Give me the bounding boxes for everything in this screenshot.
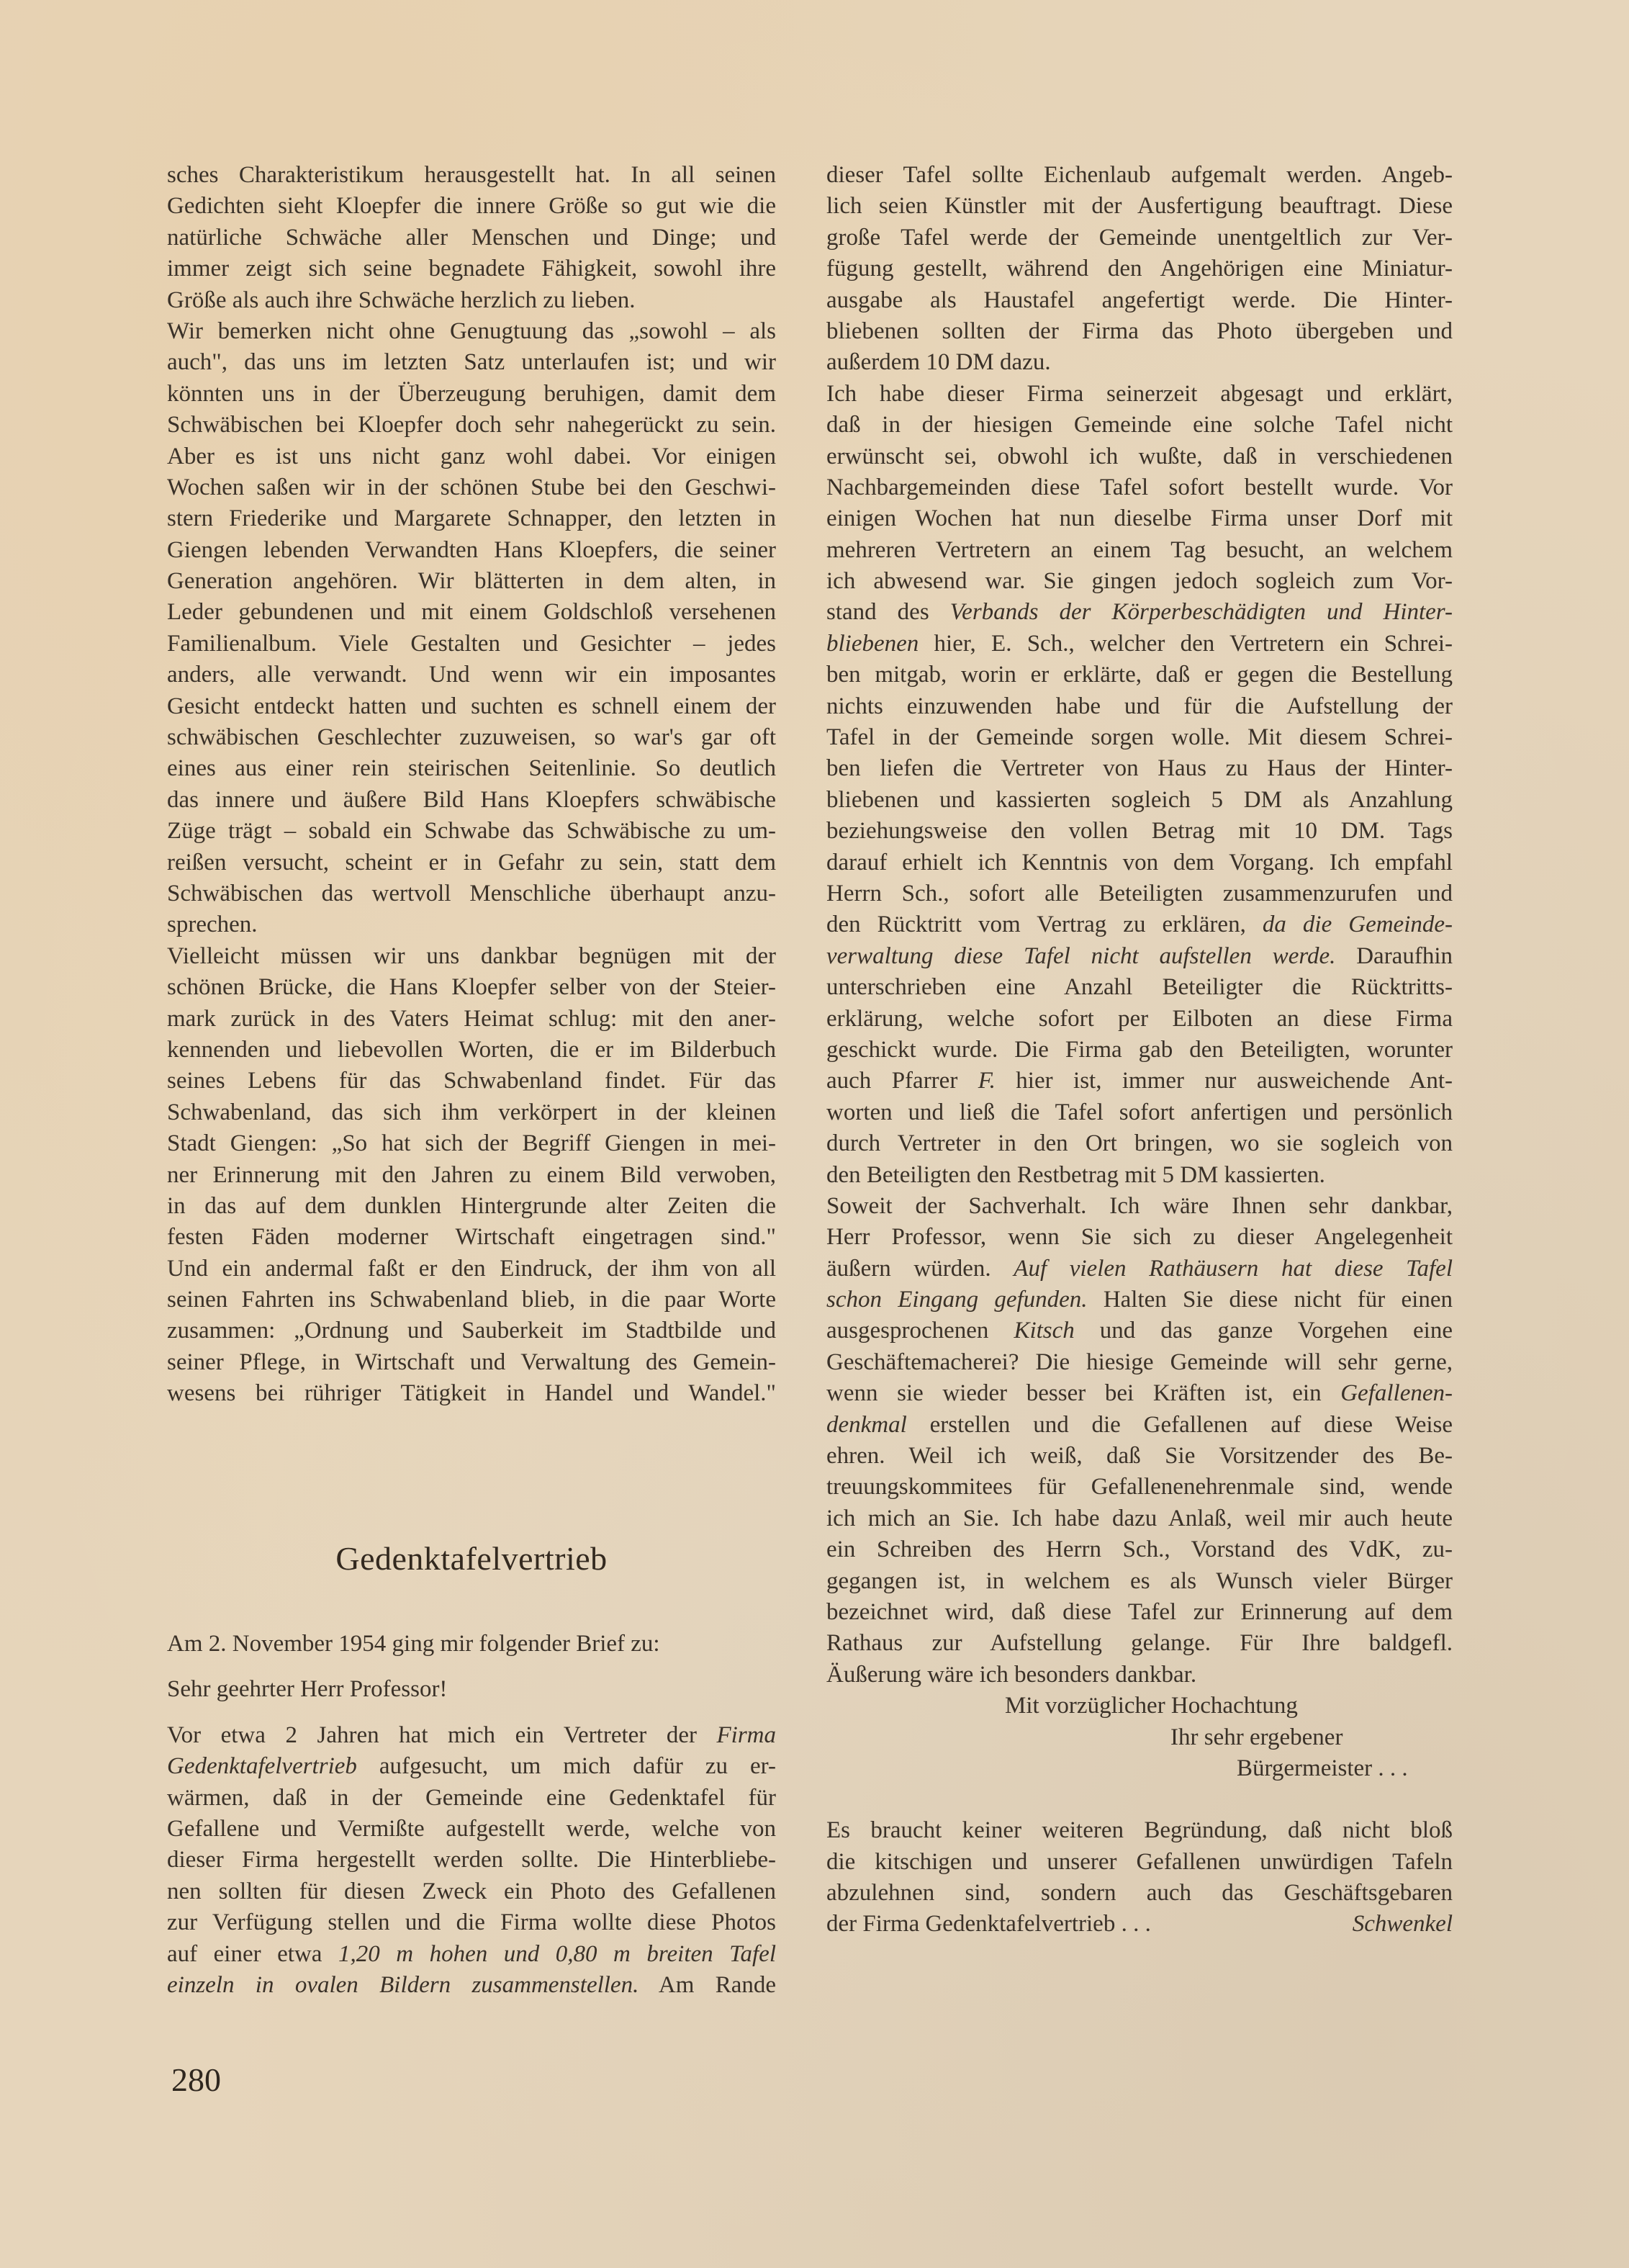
text-segment: hier, E. Sch., welcher den Vertretern ei… xyxy=(919,631,1453,657)
text-line: Wir bemerken nicht ohne Genugtuung das „… xyxy=(167,316,776,347)
italic-segment: Gefallenen- xyxy=(1340,1380,1453,1406)
text-segment: äußern würden. xyxy=(826,1256,1014,1282)
text-line: ausgabe als Haustafel angefertigt werde.… xyxy=(826,285,1453,316)
text-line: Geschäftemacherei? Die hiesige Gemeinde … xyxy=(826,1347,1453,1378)
italic-segment: Kitsch xyxy=(1014,1318,1074,1344)
text-line: Generation angehören. Wir blätterten in … xyxy=(167,566,776,597)
intro-line: Am 2. November 1954 ging mir folgender B… xyxy=(167,1629,776,1660)
text-segment: Daraufhin xyxy=(1335,943,1453,969)
text-line: geschickt wurde. Die Firma gab den Betei… xyxy=(826,1035,1453,1066)
italic-segment: bliebenen xyxy=(826,631,919,657)
text-line: schwäbischen Geschlechter zuzuweisen, so… xyxy=(167,722,776,753)
text-line: natürliche Schwäche aller Menschen und D… xyxy=(167,222,776,253)
text-line: Herrn Sch., sofort alle Beteiligten zusa… xyxy=(826,878,1453,909)
text-line: ner Erinnerung mit den Jahren zu einem B… xyxy=(167,1160,776,1191)
text-line: seines Lebens für das Schwabenland finde… xyxy=(167,1066,776,1097)
text-line: fügung gestellt, während den Angehörigen… xyxy=(826,253,1453,284)
italic-segment: 1,20 m hohen und 0,80 m breiten Tafel xyxy=(338,1941,776,1967)
text-line: auch", das uns im letzten Satz unterlauf… xyxy=(167,347,776,378)
text-line: immer zeigt sich seine begnadete Fähigke… xyxy=(167,253,776,284)
italic-segment: Gedenktafelvertrieb xyxy=(167,1753,357,1779)
letter-block-2: Ich habe dieser Firma seinerzeit abgesag… xyxy=(826,379,1453,1191)
text-line: ein Schreiben des Herrn Sch., Vorstand d… xyxy=(826,1534,1453,1565)
text-line: auch Pfarrer F. hier ist, immer nur ausw… xyxy=(826,1066,1453,1097)
section-heading: Gedenktafelvertrieb xyxy=(167,1537,776,1580)
italic-segment: da die Gemeinde- xyxy=(1263,912,1453,937)
paragraph-kloepfer-2: Wir bemerken nicht ohne Genugtuung das „… xyxy=(167,316,776,941)
text-line: schönen Brücke, die Hans Kloepfer selber… xyxy=(167,972,776,1003)
text-line: zusammen: „Ordnung und Sauberkeit im Sta… xyxy=(167,1315,776,1346)
text-segment: auch Pfarrer xyxy=(826,1068,978,1094)
text-segment: erstellen und die Gefallenen auf diese W… xyxy=(907,1412,1453,1438)
text-line: darauf erhielt ich Kenntnis von dem Vorg… xyxy=(826,847,1453,878)
text-line: erklärung, welche sofort per Eilboten an… xyxy=(826,1004,1453,1035)
text-line: kennenden und liebevollen Worten, die er… xyxy=(167,1035,776,1066)
italic-segment: Firma xyxy=(717,1722,777,1748)
text-line: Gedichten sieht Kloepfer die innere Größ… xyxy=(167,191,776,222)
text-line: der Firma Gedenktafelvertrieb . . . Schw… xyxy=(826,1909,1453,1940)
text-line: seiner Pflege, in Wirtschaft und Verwalt… xyxy=(167,1347,776,1378)
text-line: unterschrieben eine Anzahl Beteiligter d… xyxy=(826,972,1453,1003)
author-signature: Schwenkel xyxy=(1353,1909,1453,1940)
text-line: einzeln in ovalen Bildern zusammenstelle… xyxy=(167,1970,776,2001)
italic-segment: denkmal xyxy=(826,1412,907,1438)
text-segment: auf einer etwa xyxy=(167,1941,338,1967)
text-line: bliebenen und kassierten sogleich 5 DM a… xyxy=(826,785,1453,816)
text-line: sches Charakteristikum herausgestellt ha… xyxy=(167,160,776,191)
text-line: festen Fäden moderner Wirtschaft eingetr… xyxy=(167,1222,776,1253)
text-line: Giengen lebenden Verwandten Hans Kloepfe… xyxy=(167,535,776,566)
text-line: nen sollten für diesen Zweck ein Photo d… xyxy=(167,1876,776,1907)
text-line: den Beteiligten den Restbetrag mit 5 DM … xyxy=(826,1160,1453,1191)
text-line: in das auf dem dunklen Hintergrunde alte… xyxy=(167,1191,776,1222)
text-line: große Tafel werde der Gemeinde unentgelt… xyxy=(826,222,1453,253)
text-line: ben liefen die Vertreter von Haus zu Hau… xyxy=(826,753,1453,784)
text-line: Schwäbischen bei Kloepfer doch sehr nahe… xyxy=(167,410,776,441)
text-line: Aber es ist uns nicht ganz wohl dabei. V… xyxy=(167,441,776,472)
text-segment: aufgesucht, um mich dafür zu er- xyxy=(357,1753,776,1779)
text-line: worten und ließ die Tafel sofort anferti… xyxy=(826,1097,1453,1128)
text-segment: stand des xyxy=(826,599,950,625)
text-line: wesens bei rühriger Tätigkeit in Handel … xyxy=(167,1378,776,1409)
text-line: Wochen saßen wir in der schönen Stube be… xyxy=(167,472,776,503)
text-line: einigen Wochen hat nun dieselbe Firma un… xyxy=(826,503,1453,534)
text-segment: ausgesprochenen xyxy=(826,1318,1014,1344)
salutation: Sehr geehrter Herr Professor! xyxy=(167,1674,776,1705)
italic-segment: verwaltung diese Tafel nicht aufstellen … xyxy=(826,943,1335,969)
text-line: bezeichnet wird, daß diese Tafel zur Eri… xyxy=(826,1597,1453,1628)
closing-line: Mit vorzüglicher Hochachtung xyxy=(826,1691,1453,1722)
text-segment: Halten Sie diese nicht für einen xyxy=(1088,1287,1453,1313)
text-line: sprechen. xyxy=(167,909,776,940)
text-line: ausgesprochenen Kitsch und das ganze Vor… xyxy=(826,1315,1453,1346)
text-line: bliebenen sollten der Firma das Photo üb… xyxy=(826,316,1453,347)
text-line: Stadt Giengen: „So hat sich der Begriff … xyxy=(167,1128,776,1159)
text-line: die kitschigen und unserer Gefallenen un… xyxy=(826,1847,1453,1878)
paragraph-kloepfer-3: Vielleicht müssen wir uns dankbar begnüg… xyxy=(167,941,776,1410)
text-line: bliebenen hier, E. Sch., welcher den Ver… xyxy=(826,629,1453,660)
text-line: Größe als auch ihre Schwäche herzlich zu… xyxy=(167,285,776,316)
text-line: Ich habe dieser Firma seinerzeit abgesag… xyxy=(826,379,1453,410)
text-line: Vielleicht müssen wir uns dankbar begnüg… xyxy=(167,941,776,972)
text-line: denkmal erstellen und die Gefallenen auf… xyxy=(826,1410,1453,1441)
text-line: gegangen ist, in welchem es als Wunsch v… xyxy=(826,1566,1453,1597)
text-line: schon Eingang gefunden. Halten Sie diese… xyxy=(826,1284,1453,1315)
text-line: das innere und äußere Bild Hans Kloepfer… xyxy=(167,785,776,816)
magazine-page: sches Charakteristikum herausgestellt ha… xyxy=(0,0,1629,2268)
text-line: wenn sie wieder besser bei Kräften ist, … xyxy=(826,1378,1453,1409)
text-line: Rathaus zur Aufstellung gelange. Für Ihr… xyxy=(826,1628,1453,1659)
letter-closing: Mit vorzüglicher Hochachtung Ihr sehr er… xyxy=(826,1691,1453,1784)
text-line: Familienalbum. Viele Gestalten und Gesic… xyxy=(167,629,776,660)
text-line: Schwäbischen das wertvoll Menschliche üb… xyxy=(167,878,776,909)
letter-block-3: Soweit der Sachverhalt. Ich wäre Ihnen s… xyxy=(826,1191,1453,1691)
text-line: daß in der hiesigen Gemeinde eine solche… xyxy=(826,410,1453,441)
text-line: abzulehnen sind, sondern auch das Geschä… xyxy=(826,1878,1453,1909)
right-column: dieser Tafel sollte Eichenlaub aufgemalt… xyxy=(826,160,1453,1940)
text-line: verwaltung diese Tafel nicht aufstellen … xyxy=(826,941,1453,972)
text-line: wärmen, daß in der Gemeinde eine Gedenkt… xyxy=(167,1783,776,1814)
text-line: stern Friederike und Margarete Schnapper… xyxy=(167,503,776,534)
text-line: dieser Tafel sollte Eichenlaub aufgemalt… xyxy=(826,160,1453,191)
text-segment: Vor etwa 2 Jahren hat mich ein Vertreter… xyxy=(167,1722,717,1748)
text-line: auf einer etwa 1,20 m hohen und 0,80 m b… xyxy=(167,1939,776,1970)
paragraph-kloepfer-1: sches Charakteristikum herausgestellt ha… xyxy=(167,160,776,316)
text-line: Züge trägt – sobald ein Schwabe das Schw… xyxy=(167,816,776,847)
text-line: Herr Professor, wenn Sie sich zu dieser … xyxy=(826,1222,1453,1253)
text-segment: und das ganze Vorgehen eine xyxy=(1075,1318,1453,1344)
text-line: Gesicht entdeckt hatten und suchten es s… xyxy=(167,691,776,722)
text-line: Gedenktafelvertrieb aufgesucht, um mich … xyxy=(167,1751,776,1782)
text-line: außerdem 10 DM dazu. xyxy=(826,347,1453,378)
text-line: Nachbargemeinden diese Tafel sofort best… xyxy=(826,472,1453,503)
text-line: ich abwesend war. Sie gingen jedoch sogl… xyxy=(826,566,1453,597)
text-line: durch Vertreter in den Ort bringen, wo s… xyxy=(826,1128,1453,1159)
text-line: eines aus einer rein steirischen Seitenl… xyxy=(167,753,776,784)
text-segment: den Rücktritt vom Vertrag zu erklären, xyxy=(826,912,1263,937)
editorial-comment: Es braucht keiner weiteren Begründung, d… xyxy=(826,1815,1453,1940)
signature-line: Bürgermeister . . . xyxy=(826,1753,1453,1784)
text-line: beziehungsweise den vollen Betrag mit 10… xyxy=(826,816,1453,847)
text-line: äußern würden. Auf vielen Rathäusern hat… xyxy=(826,1254,1453,1284)
page-number: 280 xyxy=(171,2061,221,2099)
text-segment: wenn sie wieder besser bei Kräften ist, … xyxy=(826,1380,1340,1406)
text-line: Äußerung wäre ich besonders dankbar. xyxy=(826,1660,1453,1691)
text-line: den Rücktritt vom Vertrag zu erklären, d… xyxy=(826,909,1453,940)
text-line: Tafel in der Gemeinde sorgen wolle. Mit … xyxy=(826,722,1453,753)
text-line: ben mitgab, worin er erklärte, daß er ge… xyxy=(826,660,1453,690)
text-segment: Am Rande xyxy=(638,1972,776,1998)
text-line: Vor etwa 2 Jahren hat mich ein Vertreter… xyxy=(167,1720,776,1751)
text-line: ehren. Weil ich weiß, daß Sie Vorsitzend… xyxy=(826,1441,1453,1472)
text-line: Leder gebundenen und mit einem Goldschlo… xyxy=(167,597,776,628)
text-line: anders, alle verwandt. Und wenn wir ein … xyxy=(167,660,776,690)
italic-segment: F. xyxy=(978,1068,996,1094)
text-line: mark zurück in des Vaters Heimat schlug:… xyxy=(167,1004,776,1035)
text-line: Gefallene und Vermißte aufgestellt werde… xyxy=(167,1814,776,1845)
text-line: Es braucht keiner weiteren Begründung, d… xyxy=(826,1815,1453,1846)
text-segment: hier ist, immer nur ausweichende Ant- xyxy=(996,1068,1453,1094)
closing-line: Ihr sehr ergebener xyxy=(826,1722,1453,1753)
text-line: Soweit der Sachverhalt. Ich wäre Ihnen s… xyxy=(826,1191,1453,1222)
text-line: ich mich an Sie. Ich habe dazu Anlaß, we… xyxy=(826,1503,1453,1534)
letter-intro-block: Am 2. November 1954 ging mir folgender B… xyxy=(167,1629,776,2001)
text-segment: der Firma Gedenktafelvertrieb . . . xyxy=(826,1909,1151,1940)
text-line: lich seien Künstler mit der Ausfertigung… xyxy=(826,191,1453,222)
italic-segment: Verbands der Körperbeschädigten und Hint… xyxy=(950,599,1453,625)
italic-segment: schon Eingang gefunden. xyxy=(826,1287,1088,1313)
text-line: dieser Firma hergestellt werden sollte. … xyxy=(167,1845,776,1876)
text-line: Schwabenland, das sich ihm verkörpert in… xyxy=(167,1097,776,1128)
left-column: sches Charakteristikum herausgestellt ha… xyxy=(167,160,776,1410)
text-line: erwünscht sei, obwohl ich wußte, daß in … xyxy=(826,441,1453,472)
text-line: nichts einzuwenden habe und für die Aufs… xyxy=(826,691,1453,722)
italic-segment: Auf vielen Rathäusern hat diese Tafel xyxy=(1014,1256,1453,1282)
text-line: treuungskommitees für Gefallenenehrenmal… xyxy=(826,1472,1453,1503)
text-line: Und ein andermal faßt er den Eindruck, d… xyxy=(167,1254,776,1284)
text-line: reißen versucht, scheint er in Gefahr zu… xyxy=(167,847,776,878)
text-line: zur Verfügung stellen und die Firma woll… xyxy=(167,1907,776,1938)
text-line: mehreren Vertretern an einem Tag besucht… xyxy=(826,535,1453,566)
text-line: stand des Verbands der Körperbeschädigte… xyxy=(826,597,1453,628)
letter-block-1: dieser Tafel sollte Eichenlaub aufgemalt… xyxy=(826,160,1453,379)
text-line: seinen Fahrten ins Schwabenland blieb, i… xyxy=(167,1284,776,1315)
italic-segment: einzeln in ovalen Bildern zusammenstelle… xyxy=(167,1972,638,1998)
text-line: könnten uns in der Überzeugung beruhigen… xyxy=(167,379,776,410)
